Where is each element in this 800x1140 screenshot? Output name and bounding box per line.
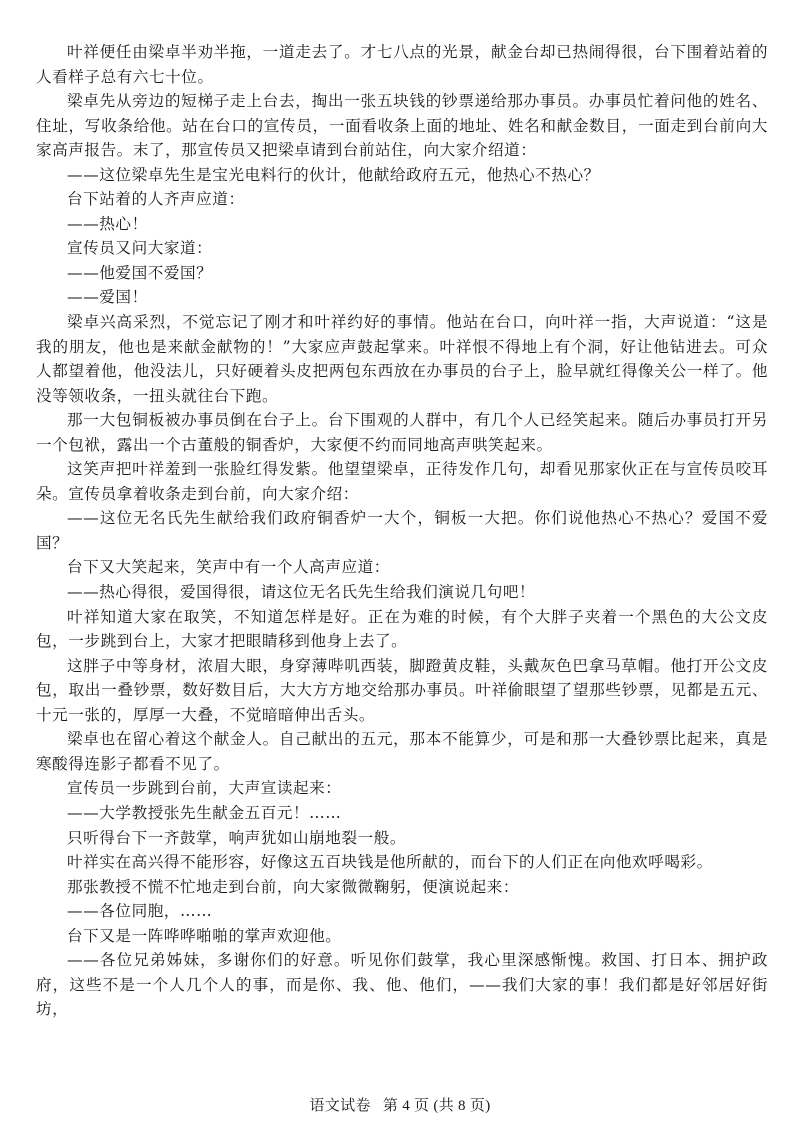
paragraph: 梁卓也在留心着这个献金人。自己献出的五元，那本不能算少，可是和那一大叠钞票比起来… — [36, 727, 768, 776]
page-number: 第 4 页 (共 8 页) — [383, 1098, 491, 1114]
paragraph: 那一大包铜板被办事员倒在台子上。台下围观的人群中，有几个人已经笑起来。随后办事员… — [36, 408, 768, 457]
dialog-line: ——热心得很，爱国得很，请这位无名氏先生给我们演说几句吧！ — [36, 580, 768, 605]
document-body: 叶祥便任由梁卓半劝半拖，一道走去了。才七八点的光景，献金台却已热闹得很，台下围着… — [36, 40, 768, 1022]
dialog-line: ——这位无名氏先生献给我们政府铜香炉一大个，铜板一大把。你们说他热心不热心？爱国… — [36, 506, 768, 555]
dialog-line: ——热心！ — [36, 212, 768, 237]
paragraph: 这胖子中等身材，浓眉大眼，身穿薄哔叽西装，脚蹬黄皮鞋，头戴灰色巴拿马草帽。他打开… — [36, 654, 768, 728]
exam-subject: 语文试卷 — [310, 1098, 371, 1114]
paragraph: 这笑声把叶祥羞到一张脸红得发紫。他望望梁卓，正待发作几句，却看见那家伙正在与宣传… — [36, 457, 768, 506]
dialog-line: ——大学教授张先生献金五百元！…… — [36, 801, 768, 826]
paragraph: 台下又是一阵哗哗啪啪的掌声欢迎他。 — [36, 924, 768, 949]
page-footer: 语文试卷 第 4 页 (共 8 页) — [0, 1094, 800, 1115]
paragraph: 台下又大笑起来，笑声中有一个人高声应道： — [36, 555, 768, 580]
dialog-line: ——各位同胞，…… — [36, 899, 768, 924]
paragraph: 宣传员一步跳到台前，大声宣读起来： — [36, 776, 768, 801]
dialog-line: ——这位梁卓先生是宝光电料行的伙计，他献给政府五元，他热心不热心？ — [36, 163, 768, 188]
paragraph: 那张教授不慌不忙地走到台前，向大家微微鞠躬，便演说起来： — [36, 875, 768, 900]
paragraph: 叶祥实在高兴得不能形容，好像这五百块钱是他所献的，而台下的人们正在向他欢呼喝彩。 — [36, 850, 768, 875]
paragraph: 梁卓兴高采烈，不觉忘记了刚才和叶祥约好的事情。他站在台口，向叶祥一指，大声说道：… — [36, 310, 768, 408]
paragraph: 宣传员又问大家道： — [36, 236, 768, 261]
paragraph: 只听得台下一齐鼓掌，响声犹如山崩地裂一般。 — [36, 826, 768, 851]
dialog-line: ——他爱国不爱国？ — [36, 261, 768, 286]
paragraph: 台下站着的人齐声应道： — [36, 187, 768, 212]
paragraph: 梁卓先从旁边的短梯子走上台去，掏出一张五块钱的钞票递给那办事员。办事员忙着问他的… — [36, 89, 768, 163]
footer-gap — [371, 1098, 383, 1114]
paragraph: 叶祥便任由梁卓半劝半拖，一道走去了。才七八点的光景，献金台却已热闹得很，台下围着… — [36, 40, 768, 89]
paragraph: 叶祥知道大家在取笑，不知道怎样是好。正在为难的时候，有个大胖子夹着一个黑色的大公… — [36, 605, 768, 654]
dialog-line: ——各位兄弟姊妹，多谢你们的好意。听见你们鼓掌，我心里深感惭愧。救国、打日本、拥… — [36, 948, 768, 1022]
dialog-line: ——爱国！ — [36, 285, 768, 310]
